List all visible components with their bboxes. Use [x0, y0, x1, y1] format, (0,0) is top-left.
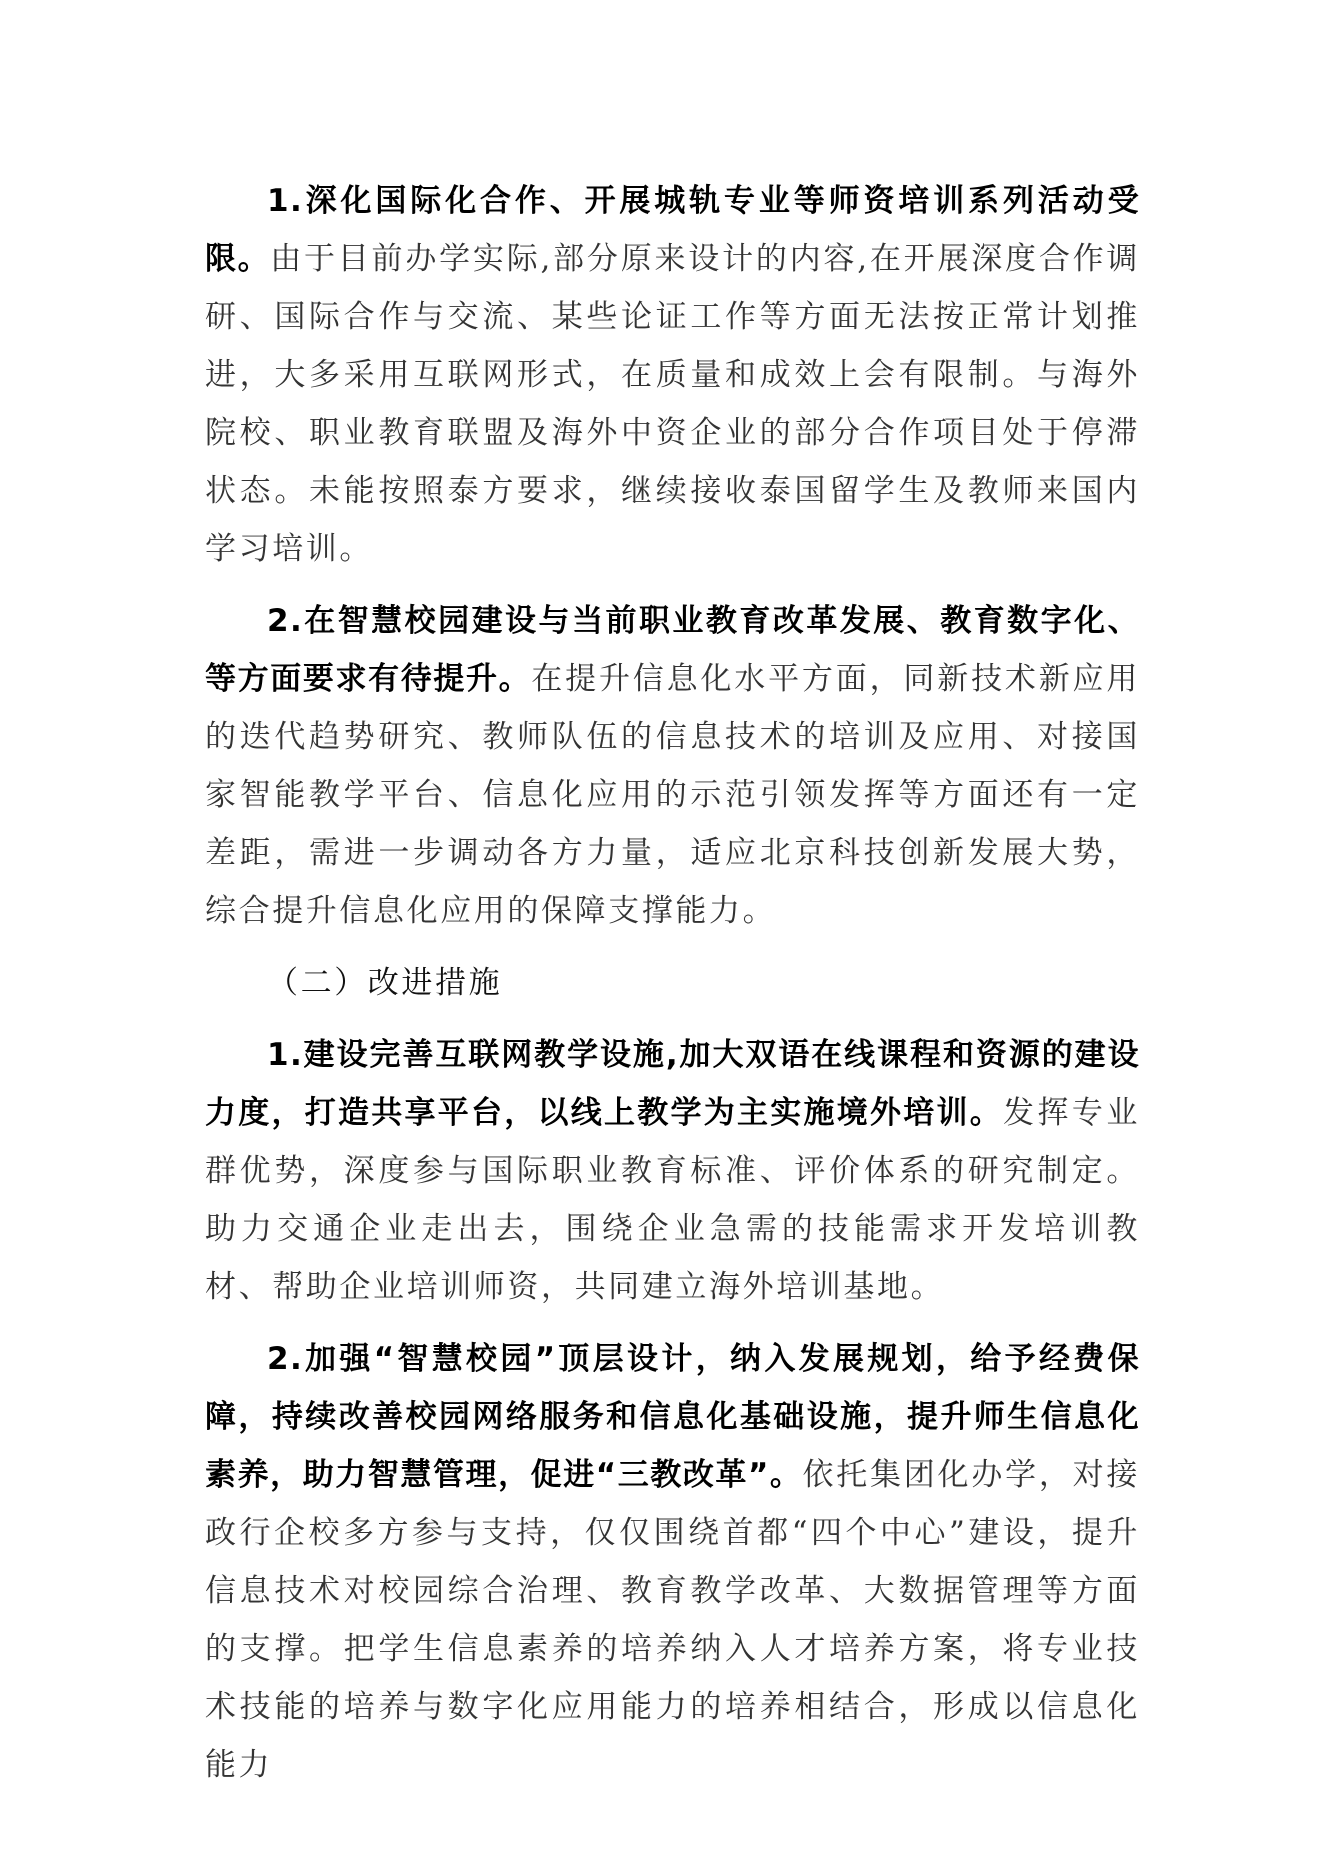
section-heading-improvement-measures: （二）改进措施	[205, 954, 1140, 1012]
paragraph-measure-1: 1.建设完善互联网教学设施,加大双语在线课程和资源的建设力度，打造共享平台，以线…	[205, 1026, 1140, 1316]
paragraph-lead-bold: 1.建设完善互联网教学设施,加大双语在线课程和资源的建设力度，打造共享平台，以线…	[205, 1037, 1140, 1131]
paragraph-issue-2: 2.在智慧校园建设与当前职业教育改革发展、教育数字化、等方面要求有待提升。在提升…	[205, 592, 1140, 940]
paragraph-body: 依托集团化办学，对接政行企校多方参与支持，仅仅围绕首都“四个中心”建设，提升信息…	[205, 1457, 1140, 1783]
section-heading-text: （二）改进措施	[267, 965, 502, 1001]
paragraph-body: 由于目前办学实际,部分原来设计的内容,在开展深度合作调研、国际合作与交流、某些论…	[205, 241, 1140, 567]
paragraph-body: 在提升信息化水平方面，同新技术新应用的迭代趋势研究、教师队伍的信息技术的培训及应…	[205, 661, 1140, 929]
document-page: 1.深化国际化合作、开展城轨专业等师资培训系列活动受限。由于目前办学实际,部分原…	[205, 172, 1140, 1808]
paragraph-measure-2: 2.加强“智慧校园”顶层设计，纳入发展规划，给予经费保障，持续改善校园网络服务和…	[205, 1330, 1140, 1794]
paragraph-issue-1: 1.深化国际化合作、开展城轨专业等师资培训系列活动受限。由于目前办学实际,部分原…	[205, 172, 1140, 578]
